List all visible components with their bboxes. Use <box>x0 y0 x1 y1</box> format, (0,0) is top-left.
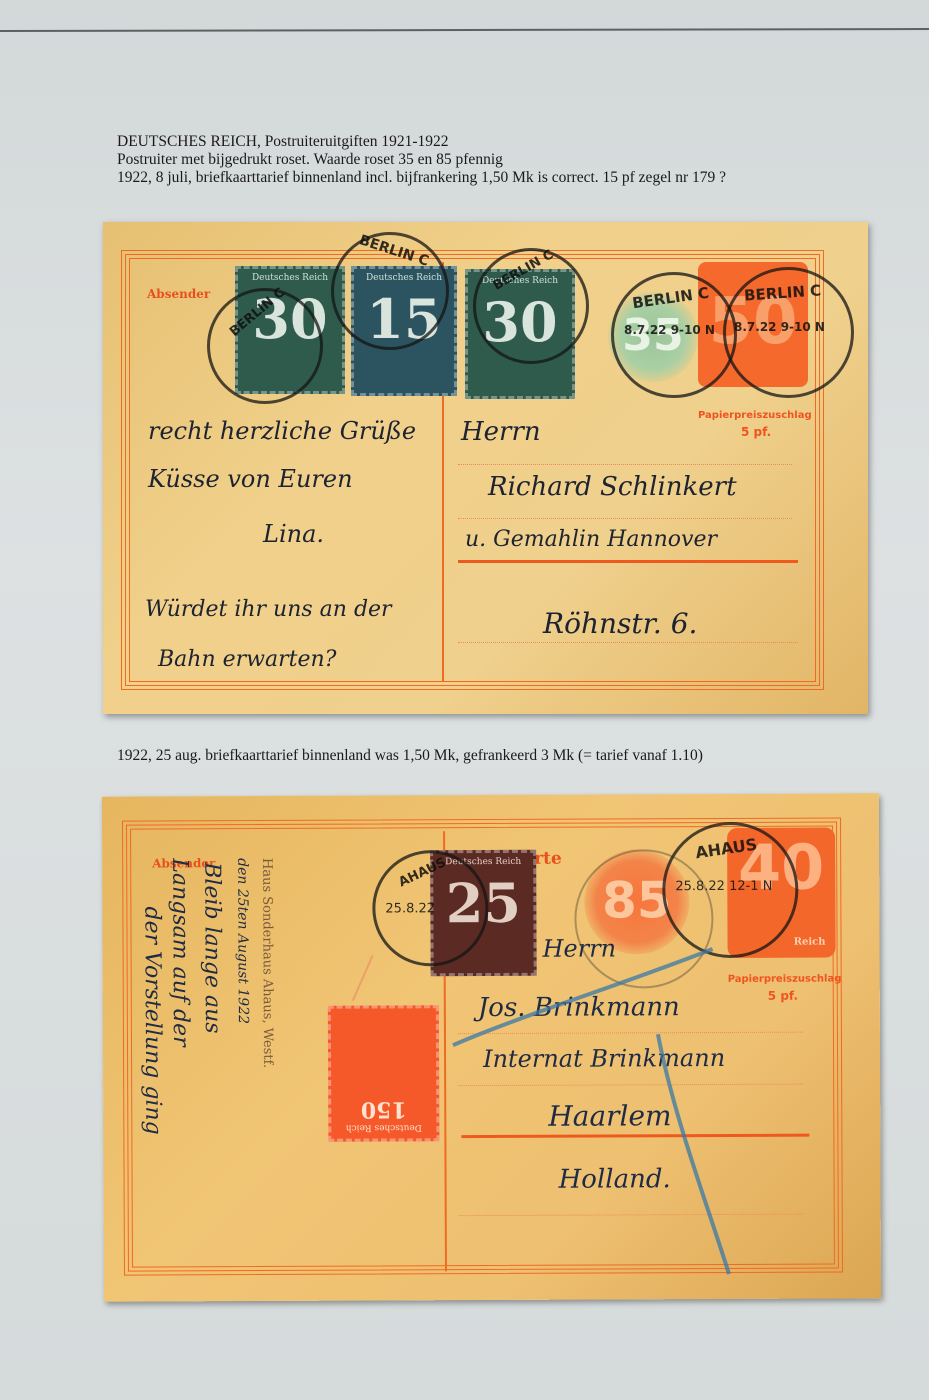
caption-title: DEUTSCHES REICH, Postruiteruitgiften 192… <box>117 133 847 151</box>
caption-line-2: Postruiter met bijgedrukt roset. Waarde … <box>117 151 847 169</box>
postmark-city: BERLIN C <box>357 232 430 269</box>
address-place-line <box>458 560 798 563</box>
surcharge-label: Papierpreiszuschlag <box>698 410 812 421</box>
postmark-date: 8.7.22 9-10 N <box>624 323 715 337</box>
address-dotted-line <box>458 464 792 465</box>
postcard-1: Absender 35 50 Papierpreiszuschlag 5 pf.… <box>103 222 868 714</box>
caption-middle: 1922, 25 aug. briefkaarttarief binnenlan… <box>117 747 857 765</box>
postmark-city: BERLIN C <box>743 281 821 304</box>
absender-label: Absender <box>147 287 210 301</box>
postmark-date: 8.7.22 9-10 N <box>734 320 825 334</box>
page-edge-line <box>0 28 929 32</box>
album-page: DEUTSCHES REICH, Postruiteruitgiften 192… <box>0 0 929 1400</box>
postmark-4: BERLIN C 8.7.22 9-10 N <box>611 272 737 398</box>
postmark-1: BERLIN C <box>207 288 323 404</box>
message-line-3: Lina. <box>263 520 324 548</box>
stamp-country: Deutsches Reich <box>238 273 342 283</box>
postmark-city: BERLIN C <box>631 284 710 313</box>
caption-line-3: 1922, 8 juli, briefkaarttarief binnenlan… <box>117 169 847 187</box>
address-dotted-line <box>458 642 798 643</box>
message-line-1: recht herzliche Grüße <box>148 417 416 445</box>
address-line-1: Herrn <box>461 417 541 447</box>
address-line-2: Richard Schlinkert <box>488 472 737 502</box>
address-dotted-line <box>458 518 792 519</box>
postmark-5: BERLIN C 8.7.22 9-10 N <box>723 267 854 398</box>
message-line-4: Würdet ihr uns an der <box>145 597 392 622</box>
postmark-2: BERLIN C <box>331 232 449 350</box>
postcard-2: Absender rte Haus Sonderhaus Ahaus, West… <box>102 793 881 1301</box>
address-line-4: Röhnstr. 6. <box>543 607 697 640</box>
caption-top: DEUTSCHES REICH, Postruiteruitgiften 192… <box>117 133 847 187</box>
message-line-2: Küsse von Euren <box>148 465 353 493</box>
surcharge-value: 5 pf. <box>741 425 771 439</box>
postmark-3: BERLIN C <box>473 248 589 364</box>
message-line-5: Bahn erwarten? <box>158 647 336 672</box>
blue-pencil-marks <box>102 793 881 1301</box>
address-line-3: u. Gemahlin Hannover <box>465 527 717 552</box>
